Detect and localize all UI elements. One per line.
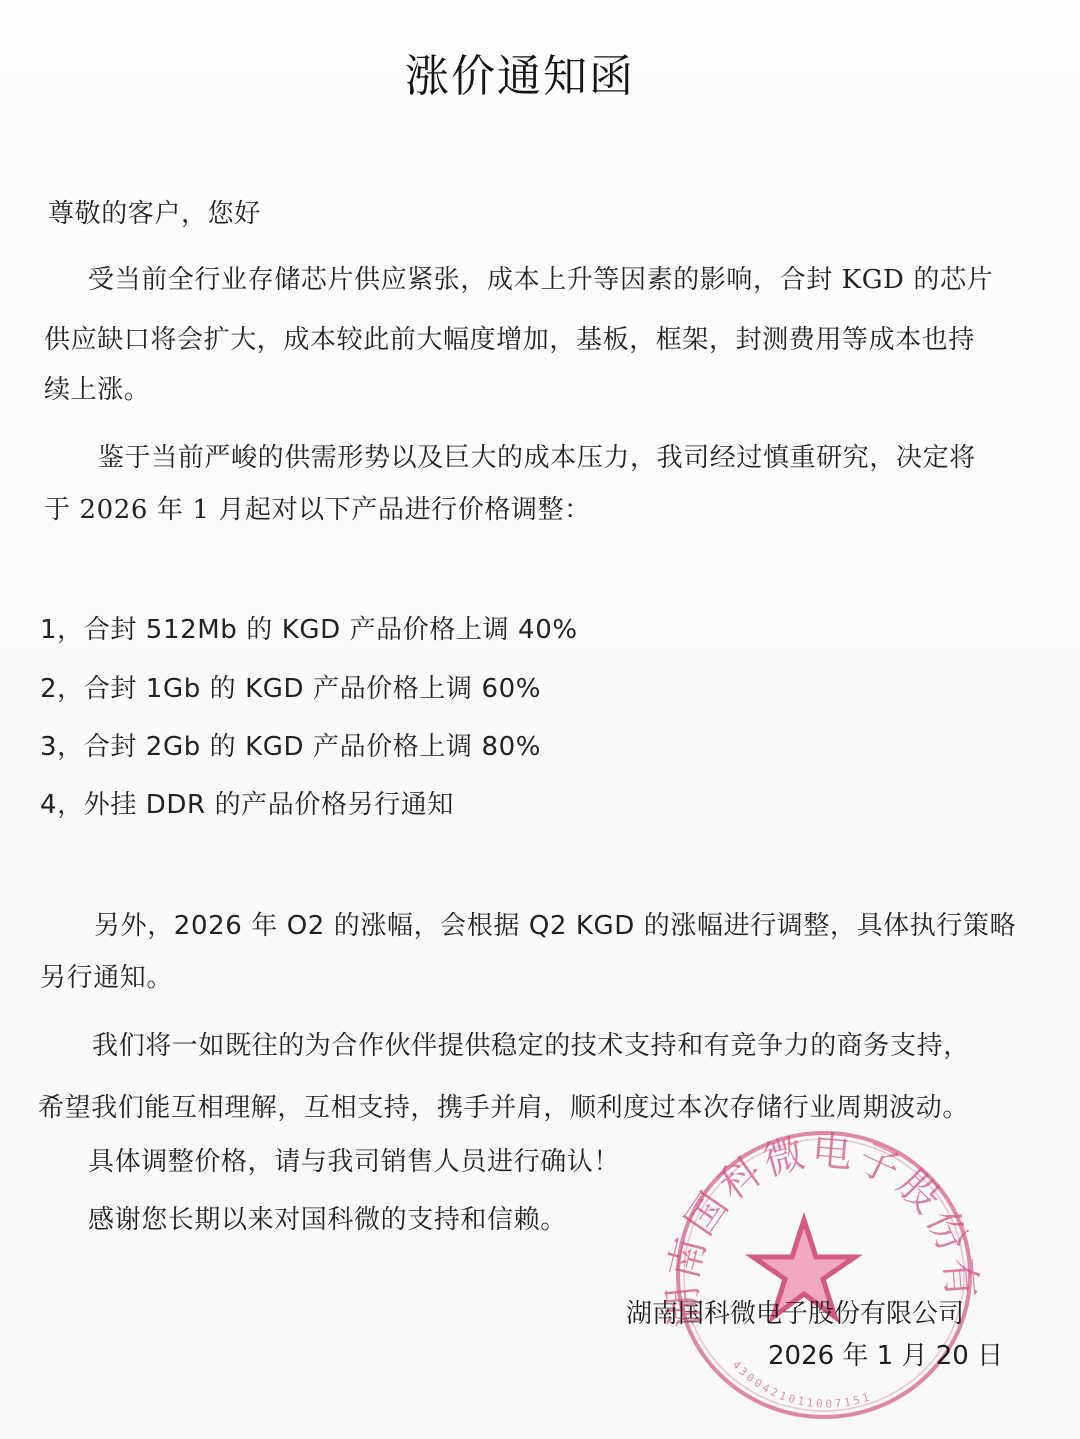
document-title: 涨价通知函 — [0, 40, 1040, 104]
greeting: 尊敬的客户，您好 — [48, 198, 261, 230]
paragraph-1-line-2: 供应缺口将会扩大，成本较此前大幅度增加，基板，框架，封测费用等成本也持 — [44, 324, 975, 356]
paragraph-4-line-1: 我们将一如既往的为合作伙伴提供稳定的技术支持和有竞争力的商务支持， — [92, 1030, 970, 1062]
paragraph-3-line-2: 另行通知。 — [40, 962, 173, 994]
paragraph-1-line-3: 续上涨。 — [44, 374, 150, 406]
paragraph-6: 感谢您长期以来对国科微的支持和信赖。 — [88, 1204, 567, 1236]
list-item: 4，外挂 DDR 的产品价格另行通知 — [40, 789, 454, 821]
paragraph-4-line-2: 希望我们能互相理解，互相支持，携手并肩，顺利度过本次存储行业周期波动。 — [38, 1092, 969, 1124]
paragraph-3-line-1: 另外，2026 年 O2 的涨幅，会根据 Q2 KGD 的涨幅进行调整，具体执行… — [94, 910, 1016, 942]
paragraph-5: 具体调整价格，请与我司销售人员进行确认！ — [88, 1146, 620, 1178]
list-item: 1，合封 512Mb 的 KGD 产品价格上调 40% — [40, 614, 578, 646]
company-seal-icon: 湖南国科微电子股份有限公司 4300421011007151 — [662, 1125, 982, 1425]
paragraph-2-line-1: 鉴于当前严峻的供需形势以及巨大的成本压力，我司经过慎重研究，决定将 — [98, 442, 976, 474]
signature-company: 湖南国科微电子股份有限公司 — [626, 1298, 964, 1330]
paragraph-1-line-1: 受当前全行业存储芯片供应紧张，成本上升等因素的影响，合封 KGD 的芯片 — [88, 264, 993, 296]
signature-date: 2026 年 1 月 20 日 — [768, 1340, 1003, 1372]
list-item: 2，合封 1Gb 的 KGD 产品价格上调 60% — [40, 673, 541, 705]
letter-page: 涨价通知函 尊敬的客户，您好 受当前全行业存储芯片供应紧张，成本上升等因素的影响… — [0, 0, 1080, 1439]
list-item: 3，合封 2Gb 的 KGD 产品价格上调 80% — [40, 731, 541, 763]
paragraph-2-line-2: 于 2026 年 1 月起对以下产品进行价格调整： — [44, 494, 591, 526]
